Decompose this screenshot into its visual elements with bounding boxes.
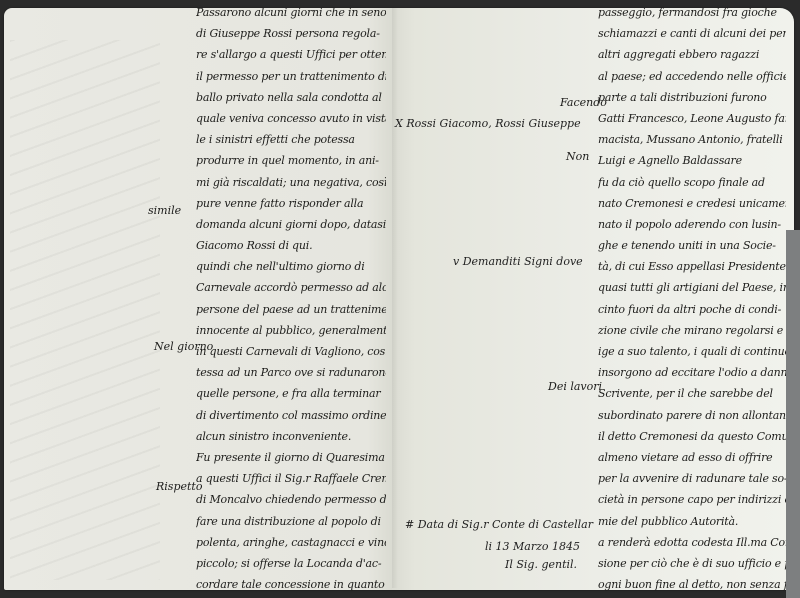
text-line: insorgono ad eccitare l'odio a danno del… <box>598 362 786 383</box>
text-line: almeno vietare ad esso di offrire <box>598 447 786 468</box>
text-line: ghe e tenendo uniti in una Socie- <box>598 235 786 256</box>
text-line: Gatti Francesco, Leone Augusto far- <box>598 108 786 129</box>
text-line: cordare tale concessione in quanto però <box>196 574 386 595</box>
margin-note: simile <box>148 204 181 217</box>
text-line: macista, Mussano Antonio, fratelli <box>598 129 786 150</box>
text-line: quindi che nell'ultimo giorno di <box>196 256 386 277</box>
text-line: il detto Cremonesi da questo Comune <box>598 426 786 447</box>
text-line: ige a suo talento, i quali di continuo <box>598 341 786 362</box>
page-fold <box>392 8 398 588</box>
left-page-text: Passarono alcuni giorni che in seno di G… <box>196 2 386 595</box>
text-line: mi già riscaldati; una negativa, così <box>196 172 386 193</box>
text-line: sione per ciò che è di suo ufficio e per <box>598 553 786 574</box>
text-line: a renderà edotta codesta Ill.ma Commis- <box>598 532 786 553</box>
text-line: quasi tutti gli artigiani del Paese, in <box>598 277 786 298</box>
bleed-through-text <box>10 40 160 580</box>
text-line: per la avvenire di radunare tale so- <box>598 468 786 489</box>
text-line: fare una distribuzione al popolo di <box>196 511 386 532</box>
text-line: persone del paese ad un trattenimento <box>196 299 386 320</box>
margin-note: Nel giorno <box>154 340 213 353</box>
text-line: produrre in quel momento, in ani- <box>196 150 386 171</box>
text-line: schiamazzi e canti di alcuni dei per <box>598 23 786 44</box>
text-line: Luigi e Agnello Baldassare <box>598 150 786 171</box>
text-line: ogni buon fine al detto, non senza far <box>598 574 786 595</box>
text-line: cietà in persone capo per indirizzi esse… <box>598 489 786 510</box>
footer-dateline: # Data di Sig.r Conte di Castellar <box>405 518 593 531</box>
margin-note: Non <box>566 150 589 163</box>
text-line: mie del pubblico Autorità. <box>598 511 786 532</box>
text-line: subordinato parere di non allontanare <box>598 405 786 426</box>
text-line: fu da ciò quello scopo finale ad <box>598 172 786 193</box>
text-line: altri aggregati ebbero ragazzi <box>598 44 786 65</box>
text-line: Scrivente, per il che sarebbe del <box>598 383 786 404</box>
text-line: re s'allargo a questi Uffici per ottener… <box>196 44 386 65</box>
text-line: passeggio, fermandosi fra gioche <box>598 2 786 23</box>
text-line: ballo privato nella sala condotta al <box>196 87 386 108</box>
text-line: innocente al pubblico, generalmente <box>196 320 386 341</box>
background-edge <box>786 230 800 598</box>
text-line: domanda alcuni giorni dopo, datasi a <box>196 214 386 235</box>
footer-date: li 13 Marzo 1845 <box>485 540 580 553</box>
margin-note: Facendo <box>560 96 607 109</box>
text-line: di Giuseppe Rossi persona regola- <box>196 23 386 44</box>
margin-note: Rispetto <box>156 480 202 493</box>
text-line: di divertimento col massimo ordine, e se… <box>196 405 386 426</box>
text-line: al paese; ed accedendo nelle officie <box>598 66 786 87</box>
text-line: di Moncalvo chiedendo permesso di <box>196 489 386 510</box>
text-line: a questi Uffici il Sig.r Raffaele Cremon… <box>196 468 386 489</box>
demand-note: v Demanditi Signi dove <box>453 255 583 268</box>
text-line: il permesso per un trattenimento di <box>196 66 386 87</box>
text-line: Fu presente il giorno di Quaresima si pr… <box>196 447 386 468</box>
text-line: nato Cremonesi e credesi unicamente <box>598 193 786 214</box>
text-line: nato il popolo aderendo con lusin- <box>598 214 786 235</box>
text-line: quale veniva concesso avuto in vista <box>196 108 386 129</box>
text-line: quelle persone, e fra alla terminar <box>196 383 386 404</box>
text-line: zione civile che mirano regolarsi e dir- <box>598 320 786 341</box>
text-line: le i sinistri effetti che potessa <box>196 129 386 150</box>
text-line: cinto fuori da altri poche di condi- <box>598 299 786 320</box>
text-line: tessa ad un Parco ove si radunarono <box>196 362 386 383</box>
text-line: piccolo; si offerse la Locanda d'ac- <box>196 553 386 574</box>
text-line: Giacomo Rossi di qui. <box>196 235 386 256</box>
text-line: pure venne fatto risponder alla <box>196 193 386 214</box>
text-line: in questi Carnevali di Vagliono, così <box>196 341 386 362</box>
names-note: X Rossi Giacomo, Rossi Giuseppe <box>395 117 581 130</box>
text-line: tà, di cui Esso appellasi Presidente <box>598 256 786 277</box>
text-line: polenta, aringhe, castagnacci e vino <box>196 532 386 553</box>
text-line: Passarono alcuni giorni che in seno <box>196 2 386 23</box>
text-line: parte a tali distribuzioni furono <box>598 87 786 108</box>
text-line: Carnevale accordò permesso ad alcune <box>196 277 386 298</box>
margin-note: Dei lavori <box>548 380 602 393</box>
footer-signature: Il Sig. gentil. <box>505 558 577 571</box>
right-page-text: passeggio, fermandosi fra gioche schiama… <box>598 2 786 595</box>
text-line: alcun sinistro inconveniente. <box>196 426 386 447</box>
